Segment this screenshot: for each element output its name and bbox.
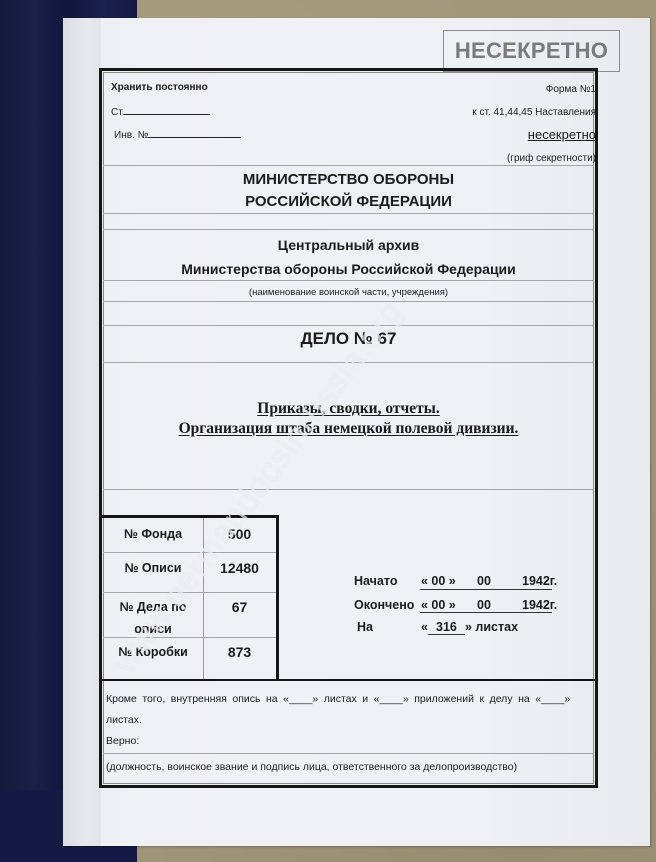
ended-label: Окончено (354, 598, 414, 612)
rule (103, 229, 594, 230)
started-label: Начато (354, 574, 397, 588)
inv-blank (148, 127, 241, 138)
archive-line-1: Центральный архив (103, 237, 594, 253)
form-number: Форма №1 (546, 84, 596, 95)
opis-value: 12480 (203, 560, 276, 576)
fond-label: № Фонда (103, 527, 203, 541)
responsible-caption: (должность, воинское звание и подпись ли… (106, 761, 517, 773)
table-row-rule (103, 552, 276, 553)
page-fold (63, 18, 101, 846)
ended-month: 00 (477, 598, 491, 612)
st-blank (124, 104, 210, 115)
st-field: Ст. (111, 104, 210, 118)
rule (103, 280, 594, 281)
sheets-count: 316 (436, 620, 457, 634)
ended-underline (420, 612, 552, 613)
rule (103, 165, 594, 166)
box-label: № Коробки (103, 645, 203, 659)
ended-year: 1942г. (522, 598, 557, 612)
box-value: 873 (203, 644, 276, 660)
st-label: Ст. (111, 107, 124, 118)
rule (103, 325, 594, 326)
delo-label-line-2: описи (103, 622, 203, 636)
delo-label-line-1: № Дела по (103, 600, 203, 614)
table-bottom-rule (102, 679, 597, 681)
case-title: ДЕЛО № 67 (103, 329, 594, 349)
verified-label: Верно: (106, 735, 139, 747)
inventory-note: Кроме того, внутренняя опись на «____» л… (106, 693, 570, 705)
keep-permanently-label: Хранить постоянно (111, 82, 208, 93)
sheets-underline (428, 634, 465, 635)
ministry-line-2: РОССИЙСКОЙ ФЕДЕРАЦИИ (103, 193, 594, 210)
fond-value: 500 (203, 526, 276, 542)
case-subject-line-1: Приказы, сводки, отчеты. (103, 400, 594, 418)
inventory-note-cont: листах. (106, 714, 142, 726)
sheets-close: » листах (465, 620, 518, 634)
rule (103, 362, 594, 363)
started-underline (420, 589, 552, 590)
rule (103, 753, 594, 754)
rule (103, 301, 594, 302)
rule (103, 489, 594, 490)
ministry-line-1: МИНИСТЕРСТВО ОБОРОНЫ (103, 171, 594, 188)
unclassified-stamp: НЕСЕКРЕТНО (443, 30, 620, 72)
delo-value: 67 (203, 599, 276, 615)
archive-caption: (наименование воинской части, учреждения… (103, 287, 594, 298)
opis-label: № Описи (103, 561, 203, 575)
table-row-rule (103, 592, 276, 593)
inv-label: Инв. № (114, 130, 148, 141)
case-subject-line-2: Организация штаба немецкой полевой дивиз… (103, 420, 594, 438)
table-row-rule (103, 637, 276, 638)
started-year: 1942г. (522, 574, 557, 588)
started-day: « 00 » (421, 574, 456, 588)
archive-line-2: Министерства обороны Российской Федераци… (103, 261, 594, 277)
secrecy-caption: (гриф секретности) (507, 153, 596, 164)
started-month: 00 (477, 574, 491, 588)
rule (103, 213, 594, 214)
ended-day: « 00 » (421, 598, 456, 612)
secrecy-value: несекретно (528, 127, 596, 142)
sheets-label: На (357, 620, 373, 634)
inv-field: Инв. № (114, 127, 241, 141)
form-reference: к ст. 41,44,45 Наставления (472, 107, 596, 118)
sheets-open-quote: « (421, 620, 428, 634)
